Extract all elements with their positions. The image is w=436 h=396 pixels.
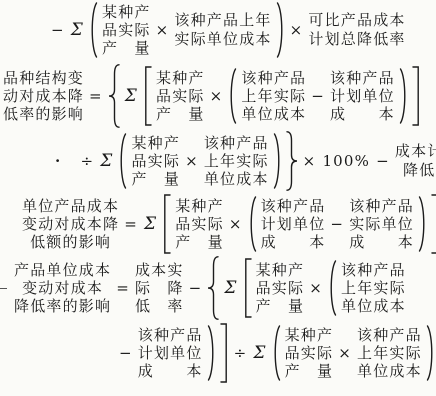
formula-label: 产品单位成本 变动对成本 降低率的影响 [14, 261, 111, 315]
stack-line: 品实际 [156, 87, 205, 105]
times-operator: × [309, 279, 323, 297]
divide-operator: ÷ [234, 344, 248, 362]
minus-operator: − [189, 279, 203, 297]
left-paren [328, 260, 337, 316]
equals-operator: = [89, 87, 103, 105]
times-operator: × [290, 21, 304, 39]
stack-line: 品实际 [285, 344, 334, 362]
lastyear-unit-cost-stack: 该种产品 上年实际 单位成本 [241, 69, 306, 123]
stack-line: 实际单位成本 [174, 30, 271, 49]
stack-line: 上年实际 [341, 279, 406, 297]
times-operator: × [185, 152, 199, 170]
formula-variety-structure: 品种结构变 动对成本降 低率的影响 = Σ 某种产 品实际 产 量 × 该种产品… [3, 64, 436, 128]
left-brace [207, 256, 219, 320]
stack-line: 成 本 [330, 105, 395, 123]
stack-line: 产 量 [131, 170, 180, 188]
planned-unit-cost-stack: 该种产品 计划单位 成 本 [330, 69, 395, 123]
stack-line: 产 量 [102, 39, 151, 57]
stack-line: 成本实 [135, 261, 184, 279]
left-bracket [162, 194, 171, 254]
left-bracket [143, 66, 152, 126]
left-bracket [243, 258, 252, 318]
left-paren [272, 325, 281, 381]
stray-dot: · [55, 152, 61, 170]
stack-line: 该种产品 [349, 197, 414, 215]
left-brace [108, 64, 120, 128]
planned-cost-reduction-stack: 成本计划 降低率 [395, 142, 436, 180]
stack-line: 某种产 [156, 69, 205, 87]
stack-line: 单位成本 [341, 297, 406, 315]
stack-line: 产 量 [285, 362, 334, 380]
right-brace [286, 131, 298, 191]
times-operator: × [229, 215, 243, 233]
percent-value: 100% [322, 152, 370, 170]
stack-line: 成 本 [138, 362, 203, 380]
stack-line: 成本计划 [395, 142, 436, 161]
left-paren [118, 133, 127, 189]
right-paren [418, 196, 427, 252]
stack-line: 品实际 [102, 21, 151, 39]
minus-operator: − [119, 344, 133, 362]
stack-line: 某种产 [131, 134, 180, 152]
planned-unit-cost-stack: 该种产品 计划单位 成 本 [261, 197, 326, 251]
stack-line: 该种产品 [357, 326, 422, 344]
right-bracket [412, 66, 421, 126]
actual-unit-cost-stack: 该种产品 实际单位 成 本 [349, 197, 414, 251]
equals-operator: = [124, 215, 138, 233]
times-operator: × [156, 21, 170, 39]
stack-line: 上年实际 [357, 344, 422, 362]
stack-line: 品实际 [131, 152, 180, 170]
actual-output-stack: 某种产 品实际 产 量 [102, 3, 151, 57]
right-paren [399, 68, 408, 124]
sigma-symbol: Σ [144, 214, 157, 234]
stack-line: 实际单位 [349, 215, 414, 233]
times-operator: × [338, 344, 352, 362]
lastyear-unit-cost-stack: 该种产品上年 实际单位成本 [174, 11, 271, 49]
formula-unit-cost-amount: 单位产品成本 变动对成本降 低额的影响 = Σ 某种产 品实际 产 量 × 该种… [22, 194, 436, 254]
actual-reduction-rate-stack: 成本实 际 降 低 率 [135, 261, 184, 315]
stack-line: 计划单位 [330, 87, 395, 105]
stack-line: 单位成本 [357, 362, 422, 380]
label-line: 低额的影响 [22, 233, 119, 251]
label-line: 降低率的影响 [14, 297, 111, 315]
label-line: 品种结构变 [3, 69, 84, 87]
sigma-symbol: Σ [71, 20, 84, 40]
stack-line: 低 率 [135, 297, 184, 315]
stack-line: 计划总降低率 [308, 30, 405, 49]
stack-line: 某种产 [102, 3, 151, 21]
minus-operator: − [376, 152, 390, 170]
actual-output-stack: 某种产 品实际 产 量 [156, 69, 205, 123]
stack-line: 计划单位 [138, 344, 203, 362]
formula-label: 单位产品成本 变动对成本降 低额的影响 [22, 197, 119, 251]
stack-line: 上年实际 [241, 87, 306, 105]
minus-operator: − [330, 215, 344, 233]
stack-line: 该种产品 [138, 326, 203, 344]
right-bracket [220, 323, 229, 383]
formula-comparable-cost: − Σ 某种产 品实际 产 量 × 该种产品上年 实际单位成本 × 可比产品成本… [50, 2, 436, 58]
actual-output-stack: 某种产 品实际 产 量 [256, 261, 305, 315]
label-line: 产品单位成本 [14, 261, 111, 279]
stray-dash-mark [0, 288, 7, 289]
sigma-symbol: Σ [253, 343, 266, 363]
sigma-symbol: Σ [224, 278, 237, 298]
formula-unit-cost-rate: 产品单位成本 变动对成本 降低率的影响 = 成本实 际 降 低 率 − Σ 某种… [0, 256, 436, 320]
stack-line: 成 本 [349, 233, 414, 251]
lastyear-unit-cost-stack: 该种产品 上年实际 单位成本 [341, 261, 406, 315]
left-paren [228, 68, 237, 124]
stack-line: 该种产品 [330, 69, 395, 87]
stack-line: 该种产品 [204, 134, 269, 152]
label-line: 变动对成本降 [22, 215, 119, 233]
times-operator: × [210, 87, 224, 105]
actual-output-stack: 某种产 品实际 产 量 [175, 197, 224, 251]
right-bracket [431, 194, 436, 254]
stack-line: 产 量 [256, 297, 305, 315]
stack-line: 际 降 [135, 279, 184, 297]
stack-line: 该种产品 [261, 197, 326, 215]
sigma-symbol: Σ [100, 151, 113, 171]
left-paren [89, 2, 98, 58]
lastyear-unit-cost-stack: 该种产品 上年实际 单位成本 [204, 134, 269, 188]
planned-unit-cost-stack: 该种产品 计划单位 成 本 [138, 326, 203, 380]
sigma-symbol: Σ [125, 86, 138, 106]
equals-operator: = [116, 279, 130, 297]
stack-line: 某种产 [256, 261, 305, 279]
stack-line: 产 量 [156, 105, 205, 123]
right-paren [426, 325, 435, 381]
stack-line: 计划单位 [261, 215, 326, 233]
label-line: 单位产品成本 [22, 197, 119, 215]
times-operator: × [303, 152, 317, 170]
stack-line: 某种产 [285, 326, 334, 344]
divide-operator: ÷ [80, 152, 94, 170]
right-paren [276, 2, 285, 58]
formula-document: − Σ 某种产 品实际 产 量 × 该种产品上年 实际单位成本 × 可比产品成本… [0, 0, 436, 396]
stack-line: 某种产 [175, 197, 224, 215]
actual-output-stack: 某种产 品实际 产 量 [131, 134, 180, 188]
label-line: 低率的影响 [3, 105, 84, 123]
stack-line: 单位成本 [241, 105, 306, 123]
stack-line: 单位成本 [204, 170, 269, 188]
formula-continuation-divide: · ÷ Σ 某种产 品实际 产 量 × 该种产品 上年实际 单位成本 × 100… [54, 131, 436, 191]
label-line: 动对成本降 [3, 87, 84, 105]
stack-line: 品实际 [256, 279, 305, 297]
stack-line: 成 本 [261, 233, 326, 251]
stack-line: 降低率 [395, 161, 436, 180]
right-paren [207, 325, 216, 381]
stack-line: 该种产品 [341, 261, 406, 279]
minus-operator: − [51, 21, 65, 39]
left-paren [248, 196, 257, 252]
planned-reduction-rate-stack: 可比产品成本 计划总降低率 [308, 11, 405, 49]
stack-line: 产 量 [175, 233, 224, 251]
actual-output-stack: 某种产 品实际 产 量 [285, 326, 334, 380]
stack-line: 该种产品 [241, 69, 306, 87]
formula-label: 品种结构变 动对成本降 低率的影响 [3, 69, 84, 123]
stack-line: 可比产品成本 [308, 11, 405, 30]
stack-line: 该种产品上年 [174, 11, 271, 30]
stack-line: 品实际 [175, 215, 224, 233]
right-paren [273, 133, 282, 189]
formula-continuation-end: − 该种产品 计划单位 成 本 ÷ Σ 某种产 品实际 产 量 × 该种产品 上… [118, 322, 436, 384]
minus-operator: − [311, 87, 325, 105]
stack-line: 上年实际 [204, 152, 269, 170]
label-line: 变动对成本 [14, 279, 111, 297]
lastyear-unit-cost-stack: 该种产品 上年实际 单位成本 [357, 326, 422, 380]
